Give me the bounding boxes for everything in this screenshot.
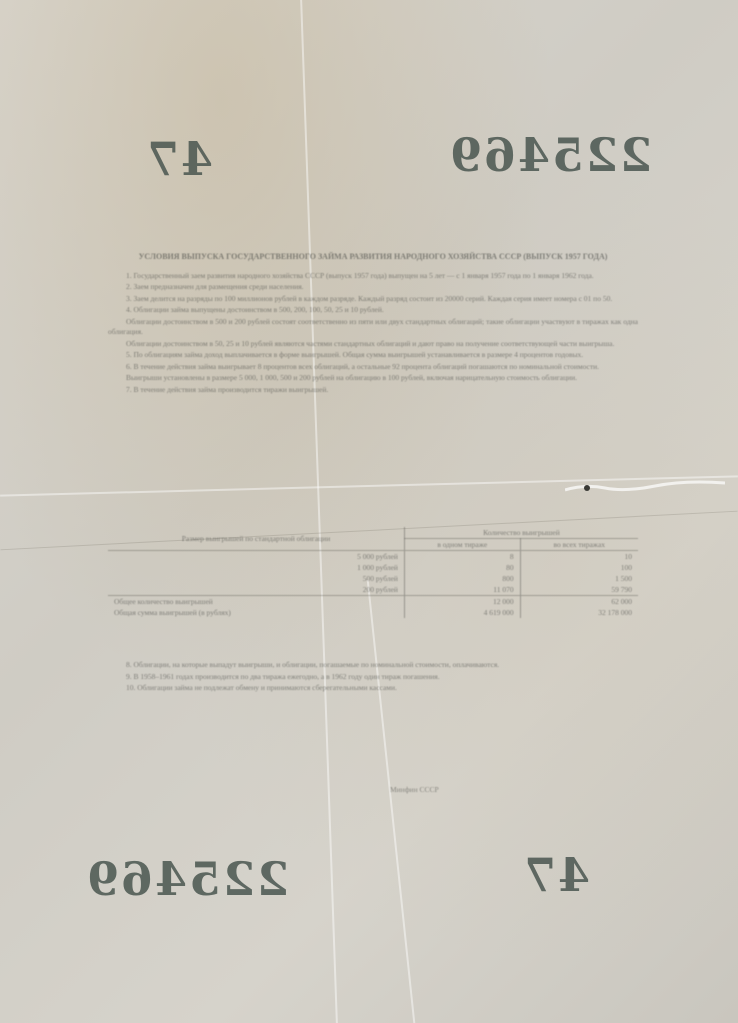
total-label: Общая сумма выигрышей (в рублях): [108, 607, 404, 618]
prize-column-header: Размер выигрышей по стандартной облигаци…: [108, 527, 404, 551]
bond-terms-text-lower: 8. Облигации, на которые выпадут выигрыш…: [108, 660, 638, 695]
per-draw-count: 800: [404, 573, 520, 584]
paragraph: 9. В 1958–1961 годах производится по два…: [108, 672, 638, 683]
prize-amount: 5 000 рублей: [108, 551, 404, 563]
all-draws-count: 10: [520, 551, 638, 563]
table-row: 500 рублей8001 500: [108, 573, 638, 584]
per-draw-total: 12 000: [404, 596, 520, 608]
document-title: Условия выпуска Государственного займа р…: [108, 252, 638, 263]
all-draws-total: 62 000: [520, 596, 638, 608]
paragraph: 1. Государственный заем развития народно…: [108, 271, 638, 282]
table-row: 5 000 рублей810: [108, 551, 638, 563]
prize-amount: 1 000 рублей: [108, 562, 404, 573]
total-label: Общее количество выигрышей: [108, 596, 404, 608]
table-row: 1 000 рублей80100: [108, 562, 638, 573]
count-group-header: Количество выигрышей: [404, 527, 638, 539]
bond-reverse-sheet: 47 225469 225469 47 Условия выпуска Госу…: [0, 0, 738, 1023]
table-row: 200 рублей11 07059 790: [108, 584, 638, 596]
all-draws-count: 1 500: [520, 573, 638, 584]
series-number-top: 47: [145, 132, 213, 186]
prize-table: Размер выигрышей по стандартной облигаци…: [108, 527, 638, 618]
fold-crease: [300, 0, 338, 1023]
all-draws-count: 100: [520, 562, 638, 573]
all-draws-header: во всех тиражах: [520, 539, 638, 551]
bond-terms-text: Условия выпуска Государственного займа р…: [108, 252, 638, 396]
all-draws-total: 32 178 000: [520, 607, 638, 618]
paragraph: 2. Заем предназначен для размещения сред…: [108, 282, 638, 293]
bond-number-bottom: 225469: [85, 852, 289, 906]
per-draw-count: 8: [404, 551, 520, 563]
bond-number-top: 225469: [448, 128, 652, 182]
per-draw-total: 4 619 000: [404, 607, 520, 618]
series-number-bottom: 47: [522, 848, 590, 902]
table-total-row: Общее количество выигрышей12 00062 000: [108, 596, 638, 608]
paragraph: 4. Облигации займа выпущены достоинством…: [108, 305, 638, 316]
paragraph: 6. В течение действия займа выигрывает 8…: [108, 362, 638, 373]
paragraph: Выигрыши установлены в размере 5 000, 1 …: [108, 373, 638, 384]
paragraph: 7. В течение действия займа производится…: [108, 385, 638, 396]
paragraph: Облигации достоинством в 500 и 200 рубле…: [108, 317, 638, 338]
per-draw-header: в одном тираже: [404, 539, 520, 551]
paragraph: 10. Облигации займа не подлежат обмену и…: [108, 683, 638, 694]
table-total-row: Общая сумма выигрышей (в рублях)4 619 00…: [108, 607, 638, 618]
fold-crease: [367, 580, 416, 1023]
issuer-signature: Минфин СССР: [390, 785, 439, 794]
per-draw-count: 80: [404, 562, 520, 573]
paragraph: 8. Облигации, на которые выпадут выигрыш…: [108, 660, 638, 671]
prize-amount: 200 рублей: [108, 584, 404, 596]
paragraph: Облигации достоинством в 50, 25 и 10 руб…: [108, 339, 638, 350]
prize-amount: 500 рублей: [108, 573, 404, 584]
all-draws-count: 59 790: [520, 584, 638, 596]
per-draw-count: 11 070: [404, 584, 520, 596]
paragraph: 5. По облигациям займа доход выплачивает…: [108, 350, 638, 361]
paragraph: 3. Заем делится на разряды по 100 миллио…: [108, 294, 638, 305]
torn-hole: [565, 480, 725, 496]
